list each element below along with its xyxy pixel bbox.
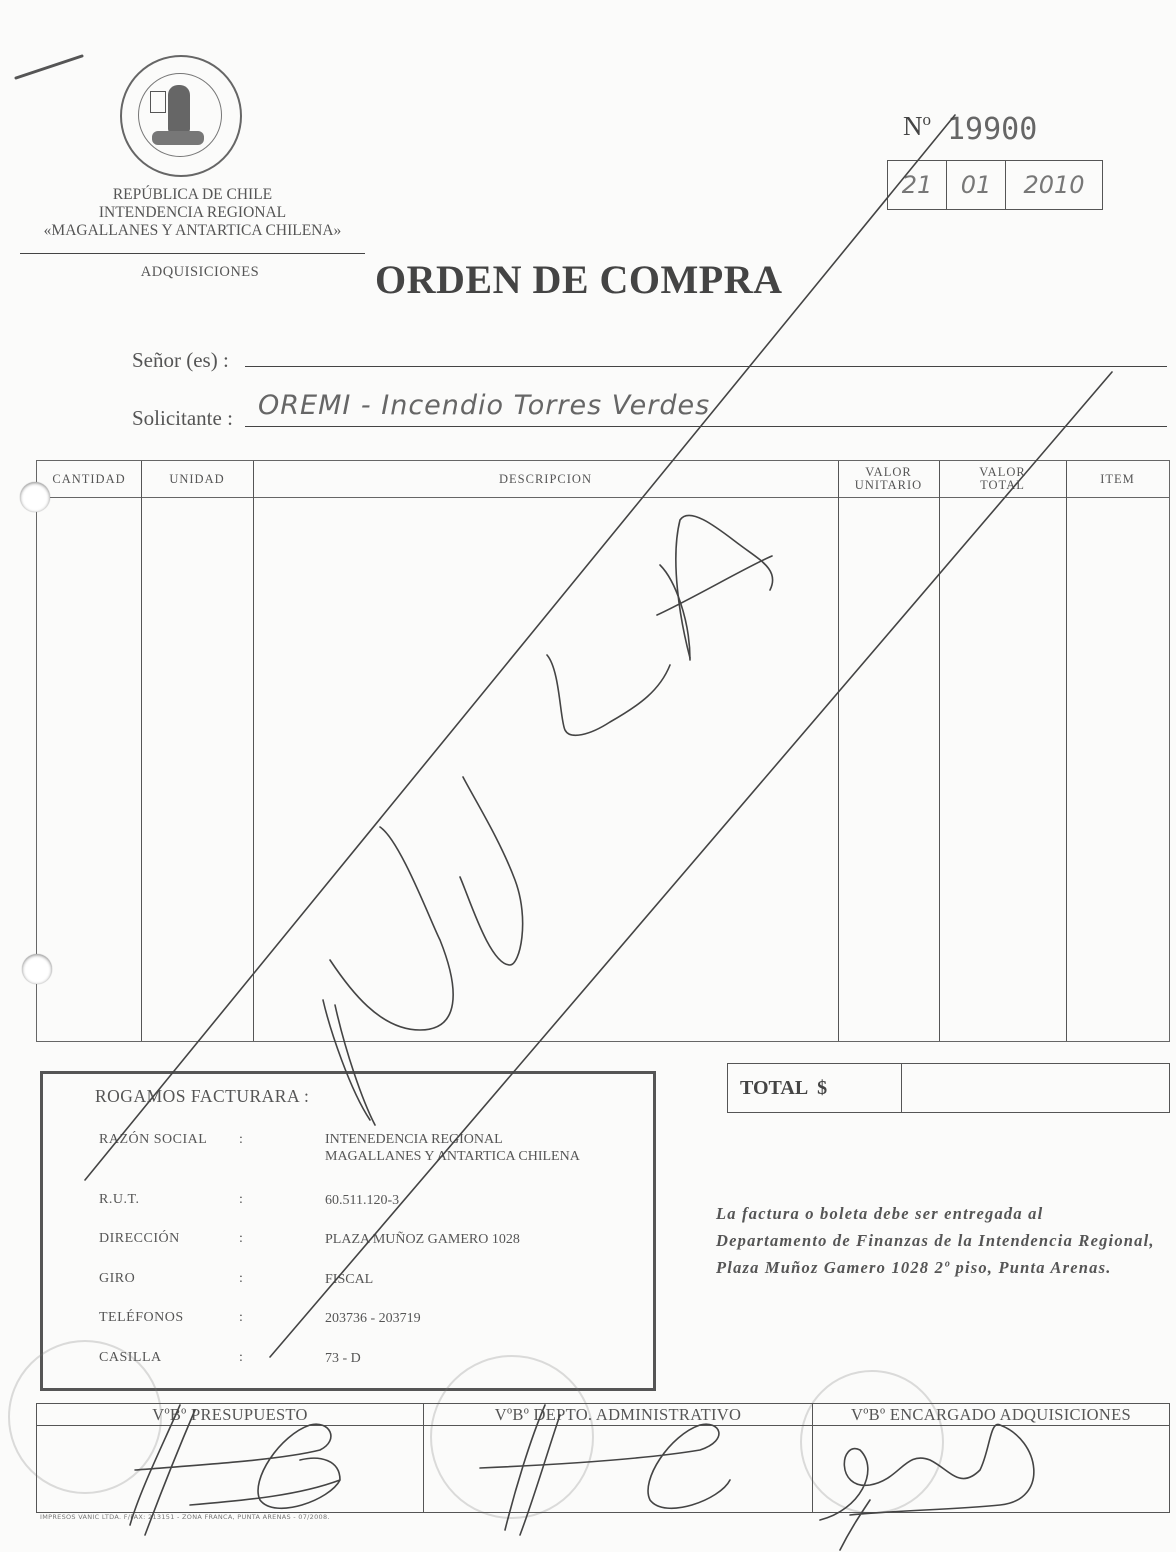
billing-value-telefonos: 203736 - 203719	[325, 1310, 421, 1327]
punch-hole	[22, 954, 52, 984]
statue-icon	[168, 85, 190, 133]
date-year: 2010	[1006, 161, 1102, 209]
billing-value-casilla: 73 - D	[325, 1350, 361, 1367]
signature-presupuesto[interactable]: VºBº PRESUPUESTO	[37, 1404, 424, 1512]
org-line-1: REPÚBLICA DE CHILE	[20, 186, 365, 204]
column-header-unidad: UNIDAD	[141, 461, 253, 497]
punch-hole	[20, 482, 50, 512]
solicitante-label: Solicitante :	[132, 406, 233, 431]
billing-value-direccion: PLAZA MUÑOZ GAMERO 1028	[325, 1231, 520, 1248]
header-divider	[20, 253, 365, 254]
document-title: ORDEN DE COMPRA	[375, 256, 782, 303]
date-day: 21	[888, 161, 947, 209]
org-line-3: «MAGALLANES Y ANTARTICA CHILENA»	[20, 222, 365, 240]
billing-value-giro: FISCAL	[325, 1271, 373, 1288]
items-table: CANTIDAD UNIDAD DESCRIPCION VALOR UNITAR…	[36, 460, 1170, 1042]
billing-value-razon-social: INTENEDENCIA REGIONAL MAGALLANES Y ANTAR…	[325, 1131, 580, 1165]
billing-info-box: ROGAMOS FACTURARA : RAZÓN SOCIAL : INTEN…	[40, 1071, 656, 1391]
total-value[interactable]	[902, 1064, 1169, 1112]
printer-footer: IMPRESOS VANIC LTDA. F/FAX: 213151 - ZON…	[40, 1513, 330, 1521]
billing-title: ROGAMOS FACTURARA :	[95, 1086, 309, 1107]
signature-label: VºBº DEPTO. ADMINISTRATIVO	[424, 1404, 812, 1426]
invoice-delivery-note: La factura o boleta debe ser entregada a…	[716, 1200, 1156, 1281]
billing-label-telefonos: TELÉFONOS	[99, 1310, 184, 1326]
column-header-valor-total: VALOR TOTAL	[939, 461, 1066, 497]
signature-label: VºBº ENCARGADO ADQUISICIONES	[813, 1404, 1169, 1426]
solicitante-value: OREMI - Incendio Torres Verdes	[258, 390, 710, 421]
order-number-label: No	[903, 110, 931, 142]
department-label: ADQUISICIONES	[20, 264, 380, 281]
total-box: TOTAL $	[727, 1063, 1170, 1113]
signature-label: VºBº PRESUPUESTO	[37, 1404, 423, 1426]
billing-label-giro: GIRO	[99, 1271, 135, 1287]
billing-label-rut: R.U.T.	[99, 1192, 139, 1208]
org-line-2: INTENDENCIA REGIONAL	[20, 204, 365, 222]
approval-signatures: VºBº PRESUPUESTO VºBº DEPTO. ADMINISTRAT…	[36, 1403, 1170, 1513]
senor-field[interactable]	[245, 366, 1167, 367]
column-header-descripcion: DESCRIPCION	[253, 461, 838, 497]
organization-name: REPÚBLICA DE CHILE INTENDENCIA REGIONAL …	[20, 186, 365, 240]
date-month: 01	[947, 161, 1006, 209]
map-icon	[150, 91, 166, 113]
order-number: 19900	[947, 112, 1037, 147]
intendencia-seal-logo	[120, 55, 242, 177]
billing-label-direccion: DIRECCIÓN	[99, 1231, 180, 1247]
column-header-valor-unitario: VALOR UNITARIO	[838, 461, 939, 497]
billing-value-rut: 60.511.120-3	[325, 1192, 399, 1209]
signature-encargado-adquisiciones[interactable]: VºBº ENCARGADO ADQUISICIONES	[813, 1404, 1169, 1512]
order-date: 21 01 2010	[887, 160, 1103, 210]
senor-label: Señor (es) :	[132, 348, 229, 373]
column-header-cantidad: CANTIDAD	[37, 461, 141, 497]
signature-depto-administrativo[interactable]: VºBº DEPTO. ADMINISTRATIVO	[424, 1404, 813, 1512]
column-header-item: ITEM	[1066, 461, 1169, 497]
billing-label-razon-social: RAZÓN SOCIAL	[99, 1132, 207, 1148]
solicitante-field[interactable]	[245, 426, 1167, 427]
total-label: TOTAL $	[728, 1064, 902, 1112]
